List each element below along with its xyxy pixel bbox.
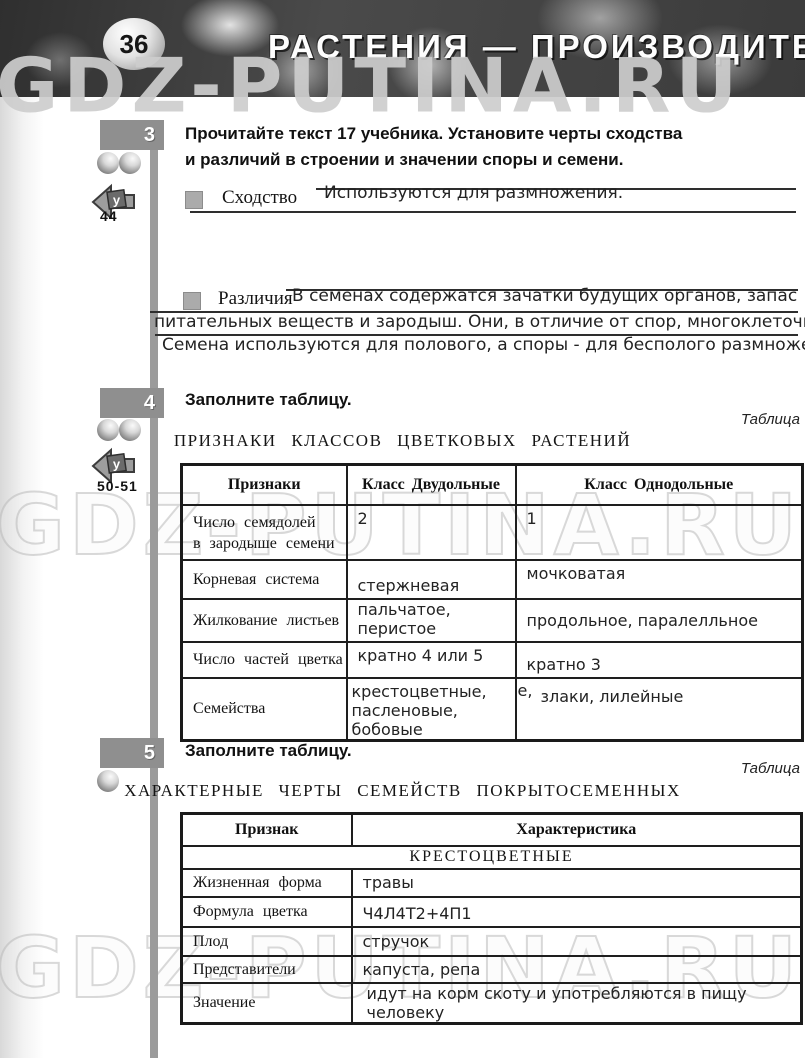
answer-cell: идут на корм скоту и употребляются в пищ… bbox=[352, 983, 802, 1024]
task5-instruction: Заполните таблицу. bbox=[185, 741, 352, 761]
feature-cell: Формула цветка bbox=[182, 897, 352, 927]
difference-answer-line3: Семена используются для полового, а спор… bbox=[162, 335, 805, 355]
table-header-row: Признак Характеристика bbox=[182, 814, 802, 846]
answer-fragment: е, bbox=[518, 681, 533, 700]
textbook-icon-letter: у bbox=[113, 457, 121, 472]
section-header: КРЕСТОЦВЕТНЫЕ bbox=[182, 846, 802, 869]
feature-cell: Плод bbox=[182, 927, 352, 956]
task4-instruction: Заполните таблицу. bbox=[185, 390, 352, 410]
feature-cell: Корневая система bbox=[182, 560, 347, 599]
table-header-row: Признаки Класс Двудольные Класс Однодоль… bbox=[182, 465, 803, 505]
difference-answer-line2: питательных веществ и зародыш. Они, в от… bbox=[154, 312, 805, 332]
task3-instruction-line1: Прочитайте текст 17 учебника. Установите… bbox=[185, 124, 682, 144]
answer-cell: е, злаки, лилейные bbox=[516, 678, 803, 741]
answer-cell: крестоцветные, пасленовые, бобовые bbox=[347, 678, 516, 741]
page-title: РАСТЕНИЯ — ПРОИЗВОДИТЕЛИ bbox=[268, 28, 805, 66]
answer-cell: кратно 3 bbox=[516, 642, 803, 678]
task3-badge: 3 bbox=[100, 120, 164, 150]
answer-cell: продольное, паралелльное bbox=[516, 599, 803, 642]
table-row: Корневая система стержневая мочковатая bbox=[182, 560, 803, 599]
difference-label: Различия bbox=[218, 288, 293, 310]
difficulty-ball-icon bbox=[119, 152, 141, 174]
table-row: Формула цветка Ч4Л4Т2+4П1 bbox=[182, 897, 802, 927]
page-number-badge: 36 bbox=[103, 18, 165, 70]
answer-cell: пальчатое, перистое bbox=[347, 599, 516, 642]
task5-table-title: ХАРАКТЕРНЫЕ ЧЕРТЫ СЕМЕЙСТВ ПОКРЫТОСЕМЕНН… bbox=[0, 781, 805, 801]
answer-cell: 2 bbox=[347, 505, 516, 560]
answer-cell: травы bbox=[352, 869, 802, 897]
answer-bullet-icon bbox=[185, 191, 203, 209]
column-header: Признак bbox=[182, 814, 352, 846]
table-row: Значение идут на корм скоту и употребляю… bbox=[182, 983, 802, 1024]
answer-cell: 1 bbox=[516, 505, 803, 560]
workbook-page-scan: 36 РАСТЕНИЯ — ПРОИЗВОДИТЕЛИ GDZ-PUTINA.R… bbox=[0, 0, 805, 1058]
table-caption: Таблица bbox=[690, 760, 800, 777]
answer-bullet-icon bbox=[183, 292, 201, 310]
answer-cell: капуста, репа bbox=[352, 956, 802, 983]
table-row: Семейства крестоцветные, пасленовые, боб… bbox=[182, 678, 803, 741]
answer-cell: Ч4Л4Т2+4П1 bbox=[352, 897, 802, 927]
table-section-row: КРЕСТОЦВЕТНЫЕ bbox=[182, 846, 802, 869]
feature-cell: Жизненная форма bbox=[182, 869, 352, 897]
answer-cell: кратно 4 или 5 bbox=[347, 642, 516, 678]
task3-instruction-line2: и различий в строении и значении споры и… bbox=[185, 150, 623, 170]
scan-spine-shadow bbox=[0, 97, 52, 1058]
task4-badge: 4 bbox=[100, 388, 164, 418]
feature-cell: Семейства bbox=[182, 678, 347, 741]
answer-cell: стержневая bbox=[347, 560, 516, 599]
task3-pages-ref: 44 bbox=[100, 208, 118, 224]
feature-cell: Число семядолей в зародыше семени bbox=[182, 505, 347, 560]
column-header: Характеристика bbox=[352, 814, 802, 846]
feature-cell: Жилкование листьев bbox=[182, 599, 347, 642]
answer-text: злаки, лилейные bbox=[517, 679, 802, 706]
table-row: Представители капуста, репа bbox=[182, 956, 802, 983]
answer-cell: мочковатая bbox=[516, 560, 803, 599]
similarity-label: Сходство bbox=[222, 187, 297, 209]
column-header: Класс Однодольные bbox=[516, 465, 803, 505]
table-row: Жизненная форма травы bbox=[182, 869, 802, 897]
write-line bbox=[190, 211, 796, 213]
column-header: Класс Двудольные bbox=[347, 465, 516, 505]
answer-cell: стручок bbox=[352, 927, 802, 956]
margin-rule bbox=[150, 122, 158, 1058]
task4-table-title: ПРИЗНАКИ КЛАССОВ ЦВЕТКОВЫХ РАСТЕНИЙ bbox=[0, 431, 805, 451]
feature-cell: Число частей цветка bbox=[182, 642, 347, 678]
classes-comparison-table: Признаки Класс Двудольные Класс Однодоль… bbox=[180, 463, 804, 742]
table-row: Число семядолей в зародыше семени 2 1 bbox=[182, 505, 803, 560]
difficulty-ball-icon bbox=[97, 152, 119, 174]
feature-cell: Значение bbox=[182, 983, 352, 1024]
page-banner-photo: 36 РАСТЕНИЯ — ПРОИЗВОДИТЕЛИ bbox=[0, 0, 805, 97]
table-row: Число частей цветка кратно 4 или 5 кратн… bbox=[182, 642, 803, 678]
difference-answer-line1: В семенах содержатся зачатки будущих орг… bbox=[292, 286, 797, 306]
table-row: Жилкование листьев пальчатое, перистое п… bbox=[182, 599, 803, 642]
page-number: 36 bbox=[120, 29, 149, 60]
task4-pages-ref: 50-51 bbox=[97, 478, 138, 494]
table-row: Плод стручок bbox=[182, 927, 802, 956]
column-header: Признаки bbox=[182, 465, 347, 505]
family-traits-table: Признак Характеристика КРЕСТОЦВЕТНЫЕ Жиз… bbox=[180, 812, 803, 1025]
table-caption: Таблица bbox=[690, 411, 800, 428]
textbook-icon-letter: у bbox=[113, 193, 121, 208]
similarity-answer: Используются для размножения. bbox=[324, 183, 623, 203]
feature-cell: Представители bbox=[182, 956, 352, 983]
task5-badge: 5 bbox=[100, 738, 164, 768]
